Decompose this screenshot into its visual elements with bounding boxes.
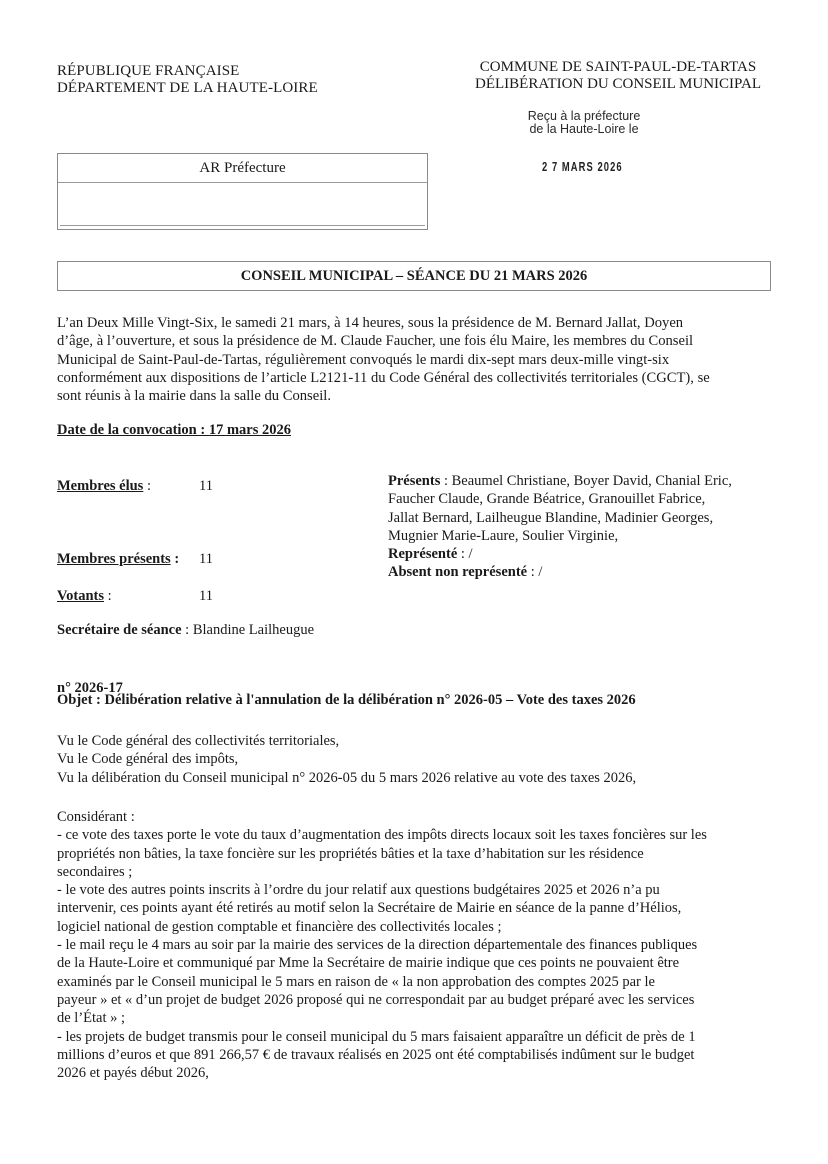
considerant-title: Considérant :	[57, 808, 785, 826]
reception-stamp: Reçu à la préfecture de la Haute-Loire l…	[520, 110, 648, 136]
visas-block: Vu le Code général des collectivités ter…	[57, 732, 777, 787]
intro-line: d’âge, à l’ouverture, et sous la préside…	[57, 332, 777, 350]
visa-line: Vu le Code général des collectivités ter…	[57, 732, 777, 750]
considerant-line: secondaires ;	[57, 863, 785, 881]
stamp-date: 2 7 MARS 2026	[542, 159, 623, 174]
represente-value: : /	[457, 546, 472, 562]
considerant-line: propriétés non bâties, la taxe foncière …	[57, 845, 785, 863]
considerant-line: de l’État » ;	[57, 1009, 785, 1027]
considerant-item: - les projets de budget transmis pour le…	[57, 1028, 785, 1083]
votants-value: 11	[199, 588, 213, 605]
presents-line: Mugnier Marie-Laure, Soulier Virginie,	[388, 527, 778, 545]
header-republique: RÉPUBLIQUE FRANÇAISE DÉPARTEMENT DE LA H…	[57, 63, 318, 97]
secretaire-de-seance: Secrétaire de séance : Blandine Lailheug…	[57, 622, 314, 639]
attendance-block: Présents : Beaumel Christiane, Boyer Dav…	[388, 472, 778, 582]
stamp-line-2: de la Haute-Loire le	[520, 123, 648, 136]
membres-presents-label-text: Membres présents	[57, 551, 171, 567]
secretaire-value: : Blandine Lailheugue	[182, 622, 314, 638]
presents-line: Jallat Bernard, Lailheugue Blandine, Mad…	[388, 509, 778, 527]
absent-value: : /	[527, 564, 542, 580]
intro-paragraph: L’an Deux Mille Vingt-Six, le samedi 21 …	[57, 314, 777, 405]
convocation-date: Date de la convocation : 17 mars 2026	[57, 422, 291, 439]
considerant-line: payeur » et « d’un projet de budget 2026…	[57, 991, 785, 1009]
commune-line: COMMUNE DE SAINT-PAUL-DE-TARTAS	[462, 59, 774, 76]
votants-label-text: Votants	[57, 588, 104, 604]
considerant-line: - le mail reçu le 4 mars au soir par la …	[57, 936, 785, 954]
membres-elus-value: 11	[199, 478, 213, 495]
membres-presents-value: 11	[199, 551, 213, 568]
secretaire-label: Secrétaire de séance	[57, 622, 182, 638]
header-commune: COMMUNE DE SAINT-PAUL-DE-TARTAS DÉLIBÉRA…	[462, 59, 774, 93]
ar-box-divider	[58, 182, 427, 183]
considerant-line: examinés par le Conseil municipal le 5 m…	[57, 973, 785, 991]
visa-line: Vu le Code général des impôts,	[57, 750, 777, 768]
considerant-line: - le vote des autres points inscrits à l…	[57, 881, 785, 899]
absent-line: Absent non représenté : /	[388, 563, 778, 581]
represente-line: Représenté : /	[388, 545, 778, 563]
visa-line: Vu la délibération du Conseil municipal …	[57, 769, 777, 787]
separator: :	[171, 551, 179, 567]
separator: :	[104, 588, 112, 604]
considerant-block: Considérant : - ce vote des taxes porte …	[57, 808, 785, 1082]
intro-line: sont réunis à la mairie dans la salle du…	[57, 387, 777, 405]
session-title: CONSEIL MUNICIPAL – SÉANCE DU 21 MARS 20…	[57, 261, 771, 291]
considerant-line: - ce vote des taxes porte le vote du tau…	[57, 826, 785, 844]
considerant-item: - le mail reçu le 4 mars au soir par la …	[57, 936, 785, 1027]
considerant-line: logiciel national de gestion comptable e…	[57, 918, 785, 936]
intro-line: L’an Deux Mille Vingt-Six, le samedi 21 …	[57, 314, 777, 332]
intro-line: Municipal de Saint-Paul-de-Tartas, régul…	[57, 351, 777, 369]
presents-label: Présents	[388, 473, 440, 489]
considerant-line: 2026 et payés début 2026,	[57, 1064, 785, 1082]
considerant-line: - les projets de budget transmis pour le…	[57, 1028, 785, 1046]
considerant-line: intervenir, ces points ayant été retirés…	[57, 899, 785, 917]
considerant-item: - le vote des autres points inscrits à l…	[57, 881, 785, 936]
departement-line: DÉPARTEMENT DE LA HAUTE-LOIRE	[57, 80, 318, 97]
membres-elus-label: Membres élus :	[57, 478, 151, 495]
intro-line: conformément aux dispositions de l’artic…	[57, 369, 777, 387]
membres-elus-label-text: Membres élus	[57, 478, 143, 494]
membres-presents-label: Membres présents :	[57, 551, 179, 568]
votants-label: Votants :	[57, 588, 112, 605]
presents-line: Présents : Beaumel Christiane, Boyer Dav…	[388, 472, 778, 490]
deliberation-object: Objet : Délibération relative à l'annula…	[57, 692, 636, 709]
presents-names: : Beaumel Christiane, Boyer David, Chani…	[440, 473, 732, 489]
considerant-line: de la Haute-Loire et communiqué par Mme …	[57, 954, 785, 972]
absent-label: Absent non représenté	[388, 564, 527, 580]
considerant-line: millions d’euros et que 891 266,57 € de …	[57, 1046, 785, 1064]
represente-label: Représenté	[388, 546, 457, 562]
ar-prefecture-title: AR Préfecture	[58, 160, 427, 177]
separator: :	[143, 478, 151, 494]
presents-line: Faucher Claude, Grande Béatrice, Granoui…	[388, 490, 778, 508]
ar-prefecture-box: AR Préfecture	[57, 153, 428, 230]
deliberation-line: DÉLIBÉRATION DU CONSEIL MUNICIPAL	[462, 76, 774, 93]
considerant-item: - ce vote des taxes porte le vote du tau…	[57, 826, 785, 881]
ar-box-bottom-line	[60, 225, 425, 226]
republique-line: RÉPUBLIQUE FRANÇAISE	[57, 63, 318, 80]
